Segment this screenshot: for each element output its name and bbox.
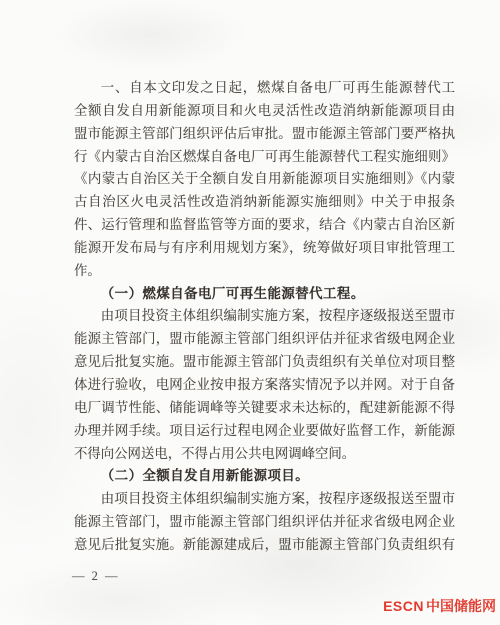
text-line: 由项目投资主体组织编制实施方案，按程序逐级报送至盟市: [74, 305, 455, 328]
text-line: 行《内蒙古自治区燃煤自备电厂可再生能源替代工程实施细则》: [74, 146, 455, 169]
escn-logo-chinese: 中国储能网: [426, 598, 496, 614]
text-line: 全额自发自用新能源项目和火电灵活性改造消纳新能源项目由: [74, 100, 455, 123]
section-heading: （二）全额自发自用新能源项目。: [74, 465, 455, 488]
text-line: 能源主管部门，盟市能源主管部门组织评估并征求省级电网企业: [74, 328, 455, 351]
text-line: 办理并网手续。项目运行过程电网企业要做好监督工作，新能源: [74, 420, 455, 443]
document-body: 一、自本文印发之日起，燃煤自备电厂可再生能源替代工程、 全额自发自用新能源项目和…: [74, 77, 455, 557]
text-line: 古自治区火电灵活性改造消纳新能源实施细则》中关于申报条: [74, 191, 455, 214]
escn-logo-latin: ESCN: [383, 598, 424, 614]
document-page: 一、自本文印发之日起，燃煤自备电厂可再生能源替代工程、 全额自发自用新能源项目和…: [0, 0, 500, 625]
text-line: 件、运行管理和监督监管等方面的要求，结合《内蒙古自治区新: [74, 214, 455, 237]
text-line: 意见后批复实施。盟市能源主管部门负责组织有关单位对项目整: [74, 351, 455, 374]
text-line: 意见后批复实施。新能源建成后，盟市能源主管部门负责组织有: [74, 534, 455, 557]
text-line: 体进行验收，电网企业按申报方案落实情况予以并网。对于自备: [74, 374, 455, 397]
text-line: 一、自本文印发之日起，燃煤自备电厂可再生能源替代工程、: [74, 77, 455, 100]
section-heading: （一）燃煤自备电厂可再生能源替代工程。: [74, 283, 455, 306]
text-line: 能源主管部门，盟市能源主管部门组织评估并征求省级电网企业: [74, 511, 455, 534]
text-line: 《内蒙古自治区关于全额自发自用新能源项目实施细则》《内蒙: [74, 168, 455, 191]
text-line: 能源开发布局与有序利用规划方案》，统筹做好项目审批管理工: [74, 237, 455, 260]
escn-logo: ESCN中国储能网: [383, 596, 496, 616]
text-line: 作。: [74, 260, 455, 283]
text-line: 由项目投资主体组织编制实施方案，按程序逐级报送至盟市: [74, 488, 455, 511]
page-number: — 2 —: [72, 569, 120, 584]
text-line: 盟市能源主管部门组织评估后审批。盟市能源主管部门要严格执: [74, 123, 455, 146]
text-line: 不得向公网送电，不得占用公共电网调峰空间。: [74, 443, 455, 466]
text-line: 电厂调节性能、储能调峰等关键要求未达标的，配建新能源不得: [74, 397, 455, 420]
